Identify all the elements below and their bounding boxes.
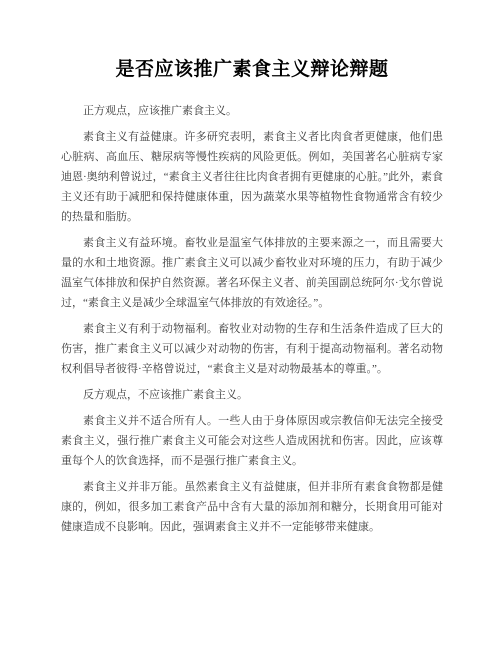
document-title: 是否应该推广素食主义辩论辩题 <box>61 57 443 82</box>
document-page: 是否应该推广素食主义辩论辩题 正方观点，应该推广素食主义。 素食主义有益健康。许… <box>0 0 502 649</box>
con-viewpoint-line: 反方观点，不应该推广素食主义。 <box>61 385 443 405</box>
paragraph-environment-benefit: 素食主义有益环境。畜牧业是温室气体排放的主要来源之一，而且需要大量的水和土地资源… <box>61 233 443 313</box>
paragraph-health-benefit: 素食主义有益健康。许多研究表明，素食主义者比肉食者更健康，他们患心脏病、高血压、… <box>61 127 443 227</box>
pro-viewpoint-line: 正方观点，应该推广素食主义。 <box>61 101 443 121</box>
paragraph-not-panacea: 素食主义并非万能。虽然素食主义有益健康，但并非所有素食食物都是健康的，例如，很多… <box>61 477 443 537</box>
paragraph-animal-welfare: 素食主义有利于动物福利。畜牧业对动物的生存和生活条件造成了巨大的伤害，推广素食主… <box>61 319 443 379</box>
paragraph-not-for-everyone: 素食主义并不适合所有人。一些人由于身体原因或宗教信仰无法完全接受素食主义，强行推… <box>61 411 443 471</box>
document-content: 是否应该推广素食主义辩论辩题 正方观点，应该推广素食主义。 素食主义有益健康。许… <box>61 57 443 543</box>
